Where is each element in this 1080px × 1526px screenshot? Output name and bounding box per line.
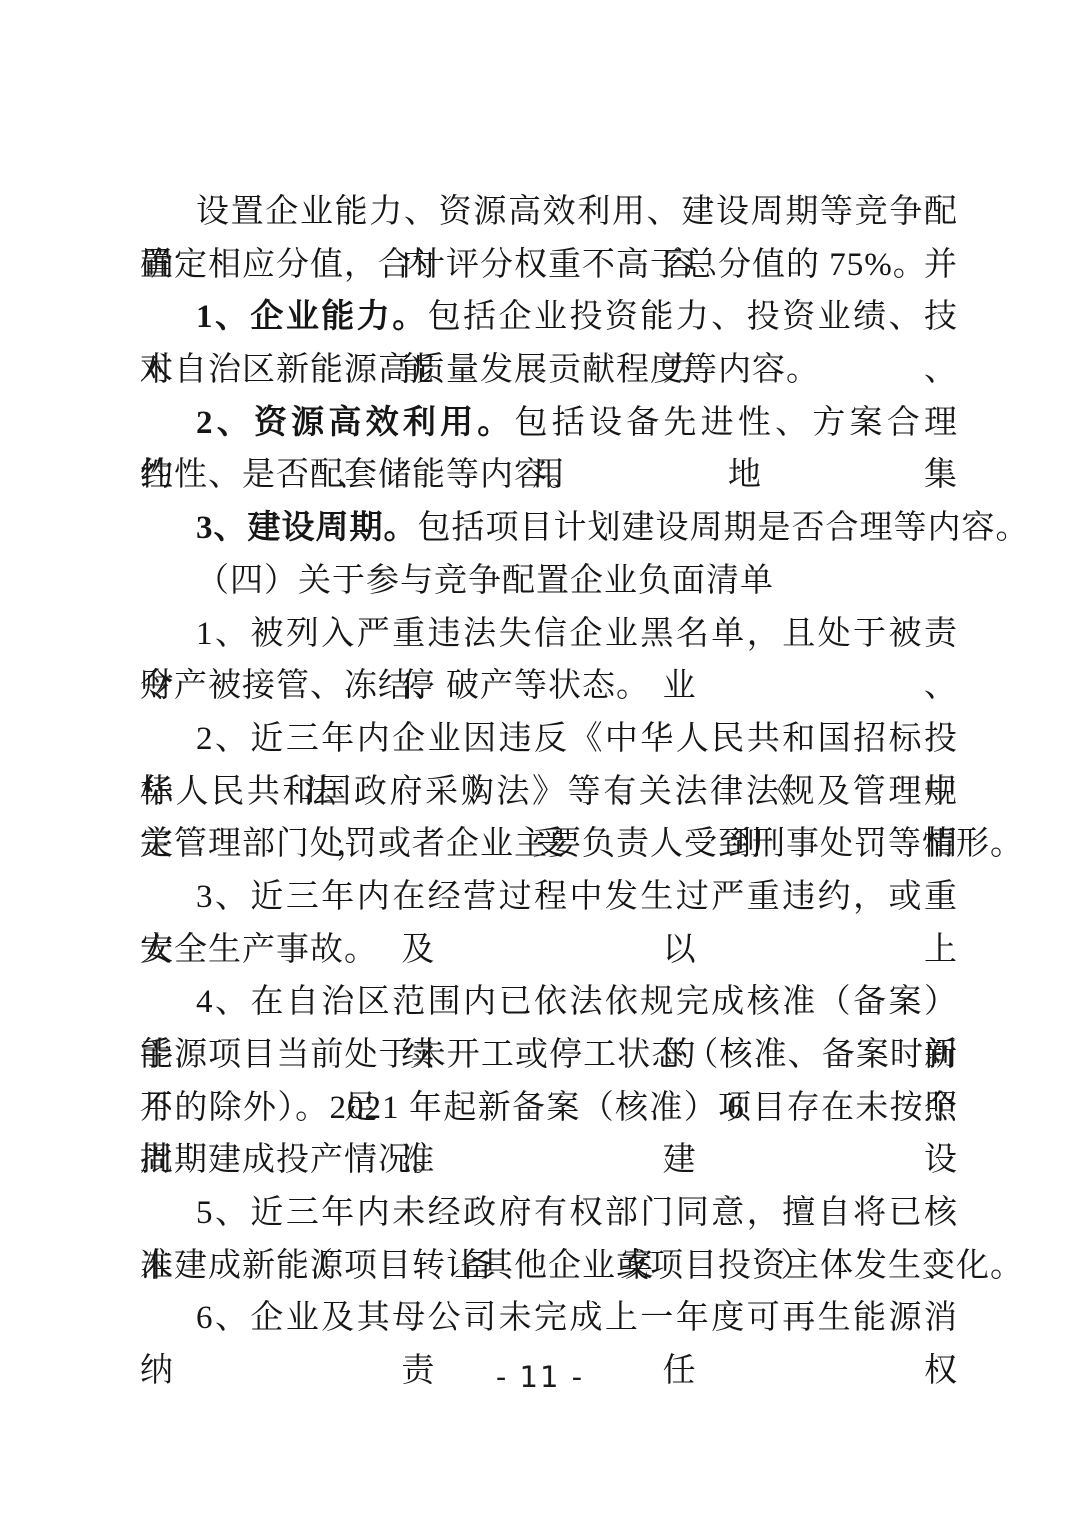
text-line: 5、近三年内未经政府有权部门同意，擅自将已核准（备案）、 — [140, 1187, 958, 1240]
text-line-heading-3: 3、建设周期。包括项目计划建设周期是否合理等内容。 — [140, 502, 958, 555]
text-line: 月的除外）。2021 年起新备案（核准）项目存在未按照批准建设 — [140, 1082, 958, 1135]
subheading-bold-text: 2、资源高效利用。 — [196, 405, 515, 441]
text-line: 华人民共和国政府采购法》等有关法律法规及管理规定，受到相 — [140, 766, 958, 819]
document-page: 设置企业能力、资源高效利用、建设周期等竞争配置内容并 确定相应分值，合计评分权重… — [0, 0, 1080, 1526]
line-text: 未建成新能源项目转让其他企业或项目投资主体发生变化。 — [140, 1248, 1024, 1284]
page-number: - 11 - — [0, 1360, 1080, 1394]
text-line: 2、近三年内企业因违反《中华人民共和国招标投标法》、《中 — [140, 713, 958, 766]
text-line-heading-2: 2、资源高效利用。包括设备先进性、方案合理性、用地集 — [140, 397, 958, 450]
text-line: 4、在自治区范围内已依法依规完成核准（备案）手续的新 — [140, 976, 958, 1029]
line-text: 对自治区新能源高质量发展贡献程度等内容。 — [140, 352, 820, 388]
text-line-heading-1: 1、企业能力。包括企业投资能力、投资业绩、技术能力、 — [140, 291, 958, 344]
text-line: 能源项目当前处于未开工或停工状态（核准、备案时间不足 6 个 — [140, 1029, 958, 1082]
subheading-bold-text: 1、企业能力。 — [196, 299, 428, 335]
line-text: 约性、是否配套储能等内容。 — [140, 457, 582, 493]
line-text: 周期建成投产情况。 — [140, 1142, 446, 1178]
text-line: 1、被列入严重违法失信企业黑名单，且处于被责令停业、 — [140, 608, 958, 661]
text-line: 设置企业能力、资源高效利用、建设周期等竞争配置内容并 — [140, 186, 958, 239]
line-text: 财产被接管、冻结、破产等状态。 — [140, 668, 650, 704]
document-body: 设置企业能力、资源高效利用、建设周期等竞争配置内容并 确定相应分值，合计评分权重… — [140, 186, 958, 1345]
line-text: 关管理部门处罚或者企业主要负责人受到刑事处罚等情形。 — [140, 826, 1024, 862]
section-heading-text: （四）关于参与竞争配置企业负面清单 — [196, 563, 774, 599]
line-text: 确定相应分值，合计评分权重不高于总分值的 75%。 — [140, 247, 927, 283]
text-line: 未建成新能源项目转让其他企业或项目投资主体发生变化。 — [140, 1240, 958, 1293]
line-text: 包括项目计划建设周期是否合理等内容。 — [418, 510, 1030, 546]
text-line: 3、近三年内在经营过程中发生过严重违约，或重大及以上 — [140, 871, 958, 924]
text-line: 关管理部门处罚或者企业主要负责人受到刑事处罚等情形。 — [140, 818, 958, 871]
section-heading: （四）关于参与竞争配置企业负面清单 — [140, 555, 958, 608]
subheading-bold-text: 3、建设周期。 — [196, 510, 418, 546]
text-line: 6、企业及其母公司未完成上一年度可再生能源消纳责任权 — [140, 1292, 958, 1345]
line-text: 安全生产事故。 — [140, 932, 378, 968]
text-line: 确定相应分值，合计评分权重不高于总分值的 75%。 — [140, 239, 958, 292]
